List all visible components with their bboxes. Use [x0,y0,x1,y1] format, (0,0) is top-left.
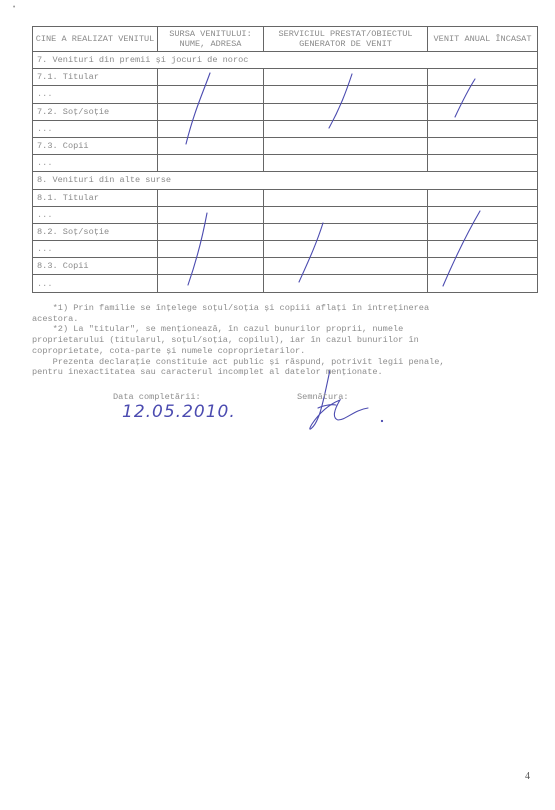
cell [428,120,538,137]
cell [428,258,538,275]
cell [428,86,538,103]
section-7-row: 7. Venituri din premii și jocuri de noro… [33,52,538,69]
row-label: 7.2. Soț/soție [33,103,158,120]
cell [264,137,428,154]
date-label: Data completării: [113,392,201,402]
cell [158,206,264,223]
note-1-line-2: acestora. [32,314,542,325]
table-row: 8.3. Copii [33,258,538,275]
cell [264,155,428,172]
cell [264,241,428,258]
handwritten-date: 12.05.2010. [122,402,236,422]
note-1-line-1: *1) Prin familie se înțelege soțul/soția… [32,303,542,314]
cell [428,241,538,258]
table-row: 8.1. Titular [33,189,538,206]
cell [158,103,264,120]
statement-line-2: pentru inexactitatea sau caracterul inco… [32,367,542,378]
cell [264,120,428,137]
cell [158,258,264,275]
header-source: SURSA VENITULUI: NUME, ADRESA [158,27,264,52]
row-label: 8.3. Copii [33,258,158,275]
cell [428,223,538,240]
table-row: ... [33,120,538,137]
statement-line-1: Prezenta declarație constituie act publi… [32,357,542,368]
page-number: 4 [525,771,530,782]
header-who: CINE A REALIZAT VENITUL [33,27,158,52]
cell [158,69,264,86]
row-label: 8.2. Soț/soție [33,223,158,240]
note-2-line-3: coproprietate, cota-parte și numele copr… [32,346,542,357]
cell [158,223,264,240]
cell [158,120,264,137]
scan-speck: • [12,4,16,12]
cell [158,155,264,172]
cell [264,258,428,275]
cell [428,275,538,292]
table-row: 7.2. Soț/soție [33,103,538,120]
row-label: ... [33,120,158,137]
cell [264,103,428,120]
cell [158,86,264,103]
cell [158,275,264,292]
cell [264,189,428,206]
table-row: 7.1. Titular [33,69,538,86]
row-label: 8.1. Titular [33,189,158,206]
table-header-row: CINE A REALIZAT VENITUL SURSA VENITULUI:… [33,27,538,52]
table-row: ... [33,206,538,223]
cell [264,275,428,292]
table-row: ... [33,86,538,103]
income-table: CINE A REALIZAT VENITUL SURSA VENITULUI:… [32,26,538,293]
row-label: ... [33,241,158,258]
cell [428,137,538,154]
row-label: 7.1. Titular [33,69,158,86]
cell [428,189,538,206]
header-service: SERVICIUL PRESTAT/OBIECTUL GENERATOR DE … [264,27,428,52]
cell [158,189,264,206]
cell [264,223,428,240]
table-row: 7.3. Copii [33,137,538,154]
signature-label: Semnătura: [297,392,349,402]
note-2-line-1: *2) La "titular", se menționează, în caz… [32,324,542,335]
table-row: ... [33,275,538,292]
signature-stroke [318,405,336,408]
section-7-title: 7. Venituri din premii și jocuri de noro… [33,52,538,69]
table-row: ... [33,241,538,258]
section-8-title: 8. Venituri din alte surse [33,172,538,189]
footnotes: *1) Prin familie se înțelege soțul/soția… [32,303,542,378]
cell [158,137,264,154]
cell [158,241,264,258]
row-label: 7.3. Copii [33,137,158,154]
cell [428,155,538,172]
cell [428,206,538,223]
table-row: 8.2. Soț/soție [33,223,538,240]
header-annual-income: VENIT ANUAL ÎNCASAT [428,27,538,52]
cell [264,86,428,103]
cell [428,69,538,86]
cell [264,206,428,223]
table-row: ... [33,155,538,172]
row-label: ... [33,206,158,223]
row-label: ... [33,275,158,292]
note-2-line-2: proprietarului (titularul, soțul/soția, … [32,335,542,346]
row-label: ... [33,86,158,103]
row-label: ... [33,155,158,172]
section-8-row: 8. Venituri din alte surse [33,172,538,189]
cell [264,69,428,86]
cell [428,103,538,120]
